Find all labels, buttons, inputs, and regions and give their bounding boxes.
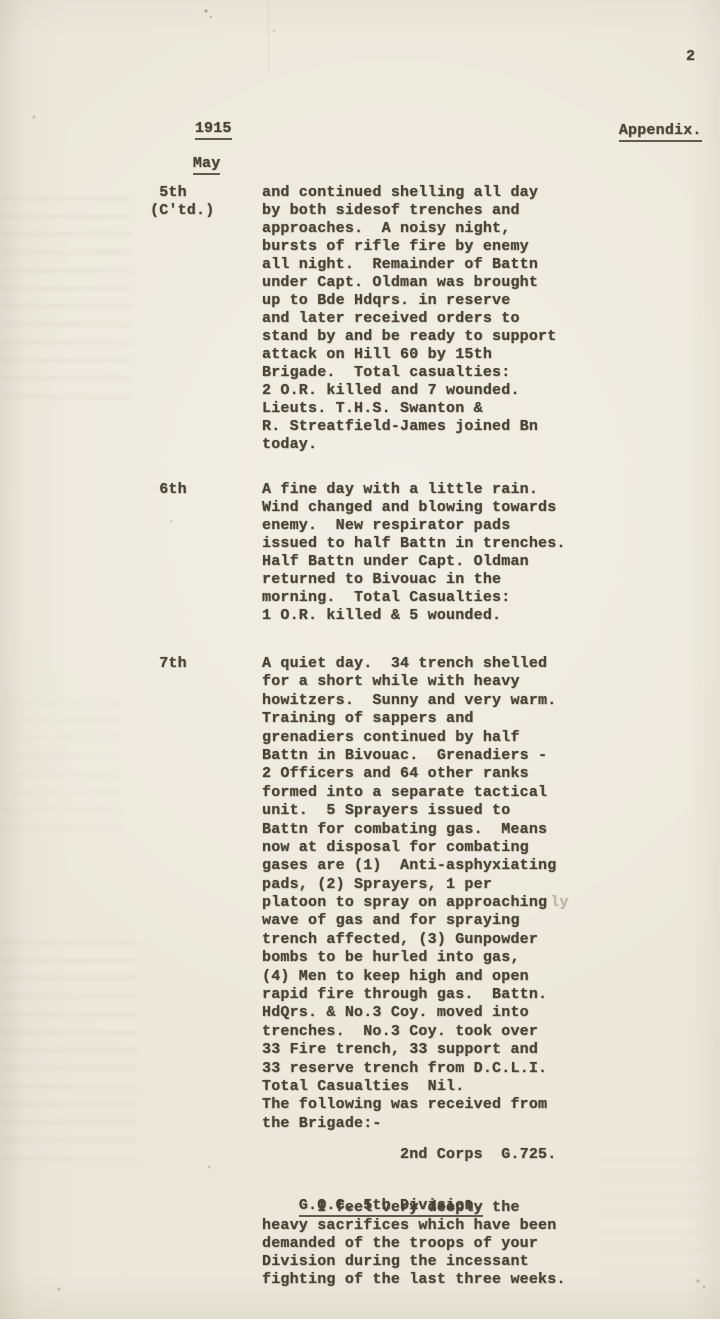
paper-specks <box>0 0 2 2</box>
text-line: for a short while with heavy <box>262 673 602 691</box>
bleed-through-texture <box>0 188 132 398</box>
text-line: HdQrs. & No.3 Coy. moved into <box>262 1004 602 1022</box>
text-line: 6th <box>150 481 262 499</box>
text-line: Brigade. Total casualties: <box>262 364 602 382</box>
text-line: R. Streatfield-James joined Bn <box>262 418 602 436</box>
text-line: Training of sappers and <box>262 710 602 728</box>
text-line: attack on Hill 60 by 15th <box>262 346 602 364</box>
diary-entry-5th: 5th(C'td.) and continued shelling all da… <box>150 184 602 454</box>
text-line: 2 Officers and 64 other ranks <box>262 765 602 783</box>
text-line: stand by and be ready to support <box>262 328 602 346</box>
text-line: 33 reserve trench from D.C.L.I. <box>262 1060 602 1078</box>
text-line: The following was received from <box>262 1096 602 1114</box>
document-page: 2 1915 Appendix. May 5th(C'td.) and cont… <box>0 0 720 1319</box>
text-line: wave of gas and for spraying <box>262 912 602 930</box>
text-line: approaches. A noisy night, <box>262 220 602 238</box>
text-line: Battn in Bivouac. Grenadiers - <box>262 747 602 765</box>
diary-entry-6th: 6th A fine day with a little rain.Wind c… <box>150 481 602 625</box>
text-line: all night. Remainder of Battn <box>262 256 602 274</box>
text-line: Division during the incessant <box>262 1253 566 1271</box>
text-line: 33 Fire trench, 33 support and <box>262 1041 602 1059</box>
text-line: fighting of the last three weeks. <box>262 1271 566 1289</box>
faint-overstrike-text: ly <box>550 894 568 911</box>
entry-body-text: A quiet day. 34 trench shelledfor a shor… <box>262 655 602 1133</box>
appendix-heading: Appendix. <box>619 122 702 142</box>
text-line: 7th <box>150 655 262 673</box>
text-line: Wind changed and blowing towards <box>262 499 602 517</box>
page-number: 2 <box>686 48 695 65</box>
entry-date-column: 6th <box>150 481 262 625</box>
text-line: unit. 5 Sprayers issued to <box>262 802 602 820</box>
text-line: today. <box>262 436 602 454</box>
text-line: returned to Bivouac in the <box>262 571 602 589</box>
text-line: 5th <box>150 184 262 202</box>
text-line: now at disposal for combating <box>262 839 602 857</box>
text-line: A fine day with a little rain. <box>262 481 602 499</box>
year-heading: 1915 <box>195 120 232 140</box>
text-line: up to Bde Hdqrs. in reserve <box>262 292 602 310</box>
text-line: 2 O.R. killed and 7 wounded. <box>262 382 602 400</box>
diary-entry-7th: 7th A quiet day. 34 trench shelledfor a … <box>150 655 602 1133</box>
text-line: rapid fire through gas. Battn. <box>262 986 602 1004</box>
text-line: Half Battn under Capt. Oldman <box>262 553 602 571</box>
text-line: under Capt. Oldman was brought <box>262 274 602 292</box>
text-line: I feel very deeply the <box>262 1199 566 1217</box>
text-line: trenches. No.3 Coy. took over <box>262 1023 602 1041</box>
text-line: trench affected, (3) Gunpowder <box>262 931 602 949</box>
entry-body-text: A fine day with a little rain.Wind chang… <box>262 481 602 625</box>
text-line: gases are (1) Anti-asphyxiating <box>262 857 602 875</box>
text-line: bombs to be hurled into gas, <box>262 949 602 967</box>
text-line: by both sidesof trenches and <box>262 202 602 220</box>
text-line: and continued shelling all day <box>262 184 602 202</box>
text-line: Total Casualties Nil. <box>262 1078 602 1096</box>
text-line: the Brigade:- <box>262 1115 602 1133</box>
text-line: 1 O.R. killed & 5 wounded. <box>262 607 602 625</box>
entry-date-column: 5th(C'td.) <box>150 184 262 454</box>
text-line: A quiet day. 34 trench shelled <box>262 655 602 673</box>
text-line: demanded of the troops of your <box>262 1235 566 1253</box>
text-line: grenadiers continued by half <box>262 729 602 747</box>
text-line: enemy. New respirator pads <box>262 517 602 535</box>
entry-body-text: and continued shelling all dayby both si… <box>262 184 602 454</box>
bleed-through-texture <box>600 1150 720 1270</box>
corps-reference-line: 2nd Corps G.725. <box>400 1146 556 1163</box>
entry-date-column: 7th <box>150 655 262 1133</box>
bleed-through-texture <box>0 930 138 1160</box>
text-line: issued to half Battn in trenches. <box>262 535 602 553</box>
month-heading: May <box>193 155 221 175</box>
text-line: formed into a separate tactical <box>262 784 602 802</box>
bleed-through-texture <box>0 690 120 830</box>
text-line: Battn for combating gas. Means <box>262 821 602 839</box>
text-line: pads, (2) Sprayers, 1 per <box>262 876 602 894</box>
text-line: heavy sacrifices which have been <box>262 1217 566 1235</box>
paper-fold-mark <box>268 0 269 72</box>
text-line: platoon to spray on approachingly <box>262 894 602 912</box>
text-line: (C'td.) <box>150 202 262 220</box>
text-line: (4) Men to keep high and open <box>262 968 602 986</box>
text-line: bursts of rifle fire by enemy <box>262 238 602 256</box>
goc-paragraph: I feel very deeply theheavy sacrifices w… <box>262 1199 566 1289</box>
text-line: howitzers. Sunny and very warm. <box>262 692 602 710</box>
text-line: and later received orders to <box>262 310 602 328</box>
text-line: morning. Total Casualties: <box>262 589 602 607</box>
text-line: Lieuts. T.H.S. Swanton & <box>262 400 602 418</box>
